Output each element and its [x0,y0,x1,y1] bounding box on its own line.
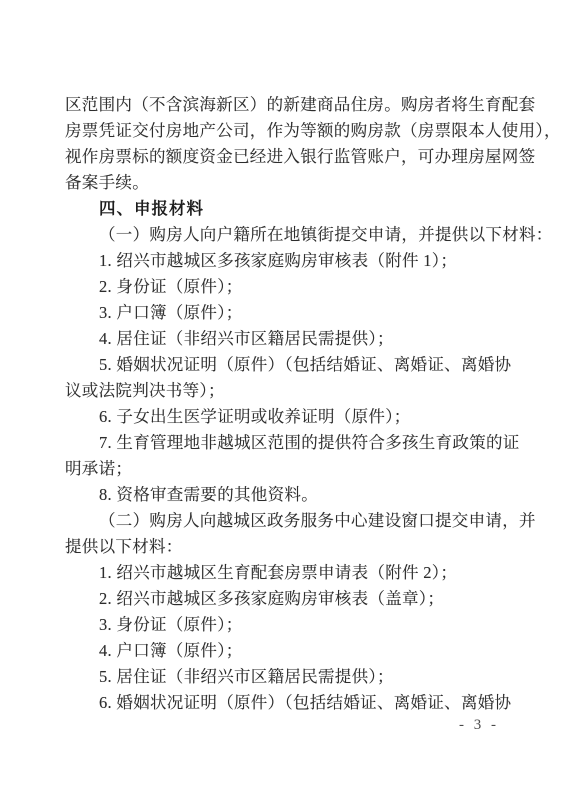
document-line: 1. 绍兴市越城区多孩家庭购房审核表（附件 1）； [65,248,517,274]
document-line: （二）购房人向越城区政务服务中心建设窗口提交申请，并 [65,508,517,534]
document-line: 5. 居住证（非绍兴市区籍居民需提供）； [65,664,517,690]
document-line: 区范围内（不含滨海新区）的新建商品住房。购房者将生育配套 [65,92,517,118]
document-line: 3. 户口簿（原件）； [65,300,517,326]
document-page: 区范围内（不含滨海新区）的新建商品住房。购房者将生育配套房票凭证交付房地产公司，… [0,0,565,800]
document-line: 8. 资格审查需要的其他资料。 [65,482,517,508]
document-line: 议或法院判决书等）； [65,378,517,404]
document-line: 备案手续。 [65,170,517,196]
document-lines: 区范围内（不含滨海新区）的新建商品住房。购房者将生育配套房票凭证交付房地产公司，… [65,92,517,716]
document-line: 房票凭证交付房地产公司，作为等额的购房款（房票限本人使用）， [65,118,517,144]
page-number: - 3 - [459,714,499,736]
document-line: 视作房票标的额度资金已经进入银行监管账户，可办理房屋网签 [65,144,517,170]
document-line: 3. 身份证（原件）； [65,612,517,638]
document-line: 2. 绍兴市越城区多孩家庭购房审核表（盖章）； [65,586,517,612]
document-line: 6. 婚姻状况证明（原件）（包括结婚证、离婚证、离婚协 [65,690,517,716]
document-line: 2. 身份证（原件）； [65,274,517,300]
document-line: 4. 居住证（非绍兴市区籍居民需提供）； [65,326,517,352]
document-line: （一）购房人向户籍所在地镇街提交申请，并提供以下材料： [65,222,517,248]
document-line: 4. 户口簿（原件）； [65,638,517,664]
document-line: 7. 生育管理地非越城区范围的提供符合多孩生育政策的证 [65,430,517,456]
document-line: 提供以下材料： [65,534,517,560]
document-line: 明承诺； [65,456,517,482]
section-heading: 四、申报材料 [65,196,517,222]
document-line: 6. 子女出生医学证明或收养证明（原件）； [65,404,517,430]
document-line: 5. 婚姻状况证明（原件）（包括结婚证、离婚证、离婚协 [65,352,517,378]
document-line: 1. 绍兴市越城区生育配套房票申请表（附件 2）； [65,560,517,586]
